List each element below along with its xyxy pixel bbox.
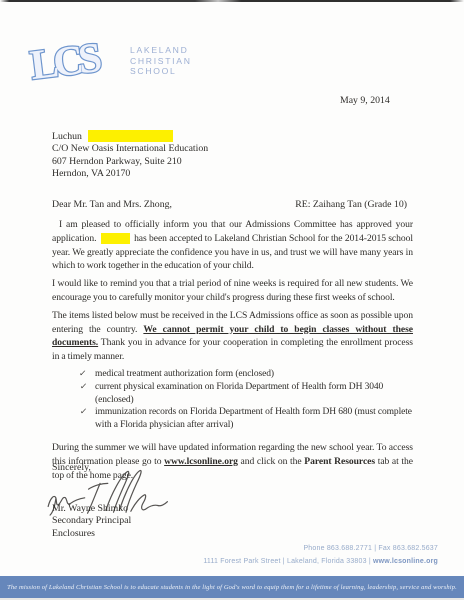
checklist-item: ✓current physical examination on Florida…: [79, 381, 413, 407]
check-icon: ✓: [77, 406, 88, 432]
redaction-highlight: [88, 130, 173, 142]
letter-date: May 9, 2014: [340, 95, 390, 106]
recipient-street: 607 Herndon Parkway, Suite 210: [52, 156, 208, 168]
redaction-highlight: [101, 233, 130, 244]
signer-name: Mr. Wayne Shimko: [52, 503, 131, 515]
parent-resources-label: Parent Resources: [304, 456, 375, 467]
letterhead: LCS LAKELAND CHRISTIAN SCHOOL: [27, 34, 192, 84]
re-line: RE: Zaihang Tan (Grade 10): [295, 199, 412, 210]
scan-artifact-line: [0, 0, 464, 2]
checklist-item-text: immunization records on Florida Departme…: [95, 406, 413, 432]
checklist-item-text: current physical examination on Florida …: [95, 381, 413, 407]
footer-address-line: 1111 Forest Park Street | Lakeland, Flor…: [203, 555, 438, 568]
footer-website: www.lcsonline.org: [373, 558, 438, 565]
school-name: LAKELAND CHRISTIAN SCHOOL: [130, 45, 192, 77]
footer-contact-info: Phone 863.688.2771 | Fax 863.682.5637 11…: [203, 542, 438, 568]
signer-title: Secondary Principal: [52, 515, 131, 527]
lcs-logo-icon: LCS: [27, 34, 121, 84]
footer-address: 1111 Forest Park Street | Lakeland, Flor…: [203, 558, 371, 565]
school-name-line: SCHOOL: [130, 66, 192, 77]
paragraph-acceptance: I am pleased to officially inform you th…: [52, 218, 413, 273]
check-icon: ✓: [77, 381, 88, 407]
school-name-line: LAKELAND: [130, 45, 192, 56]
recipient-name: Luchun: [52, 131, 82, 142]
para3-text-cont: Thank you in advance for your cooperatio…: [52, 337, 413, 362]
recipient-address: Luchun C/O New Oasis International Educa…: [52, 130, 208, 180]
letter-body: I am pleased to officially inform you th…: [52, 218, 413, 486]
recipient-city: Herndon, VA 20170: [52, 168, 208, 180]
school-name-line: CHRISTIAN: [130, 56, 192, 67]
website-link-text: www.lcsonline.org: [164, 456, 238, 467]
checklist-item-text: medical treatment authorization form (en…: [95, 368, 274, 381]
recipient-name-line: Luchun: [52, 130, 208, 143]
para4-text-mid: and click on the: [241, 456, 302, 467]
document-checklist: ✓medical treatment authorization form (e…: [52, 368, 413, 432]
salutation: Dear Mr. Tan and Mrs. Zhong,: [52, 199, 172, 210]
lcs-logo-acronym: LCS: [28, 35, 103, 84]
checklist-item: ✓medical treatment authorization form (e…: [79, 368, 413, 381]
footer-phone-fax: Phone 863.688.2771 | Fax 863.682.5637: [203, 542, 438, 555]
mission-banner: The mission of Lakeland Christian School…: [0, 576, 464, 598]
salutation-row: Dear Mr. Tan and Mrs. Zhong, RE: Zaihang…: [52, 199, 412, 210]
signature-block: Mr. Wayne Shimko Secondary Principal Enc…: [52, 503, 131, 540]
check-icon: ✓: [78, 368, 87, 381]
paragraph-required-items: The items listed below must be received …: [52, 309, 413, 364]
mission-statement: The mission of Lakeland Christian School…: [7, 584, 457, 591]
paragraph-trial-period: I would like to remind you that a trial …: [52, 277, 413, 305]
enclosures-note: Enclosures: [52, 528, 131, 540]
recipient-org: C/O New Oasis International Education: [52, 143, 208, 155]
checklist-item: ✓immunization records on Florida Departm…: [79, 406, 413, 432]
scanned-letter-page: LCS LAKELAND CHRISTIAN SCHOOL May 9, 201…: [0, 0, 464, 600]
